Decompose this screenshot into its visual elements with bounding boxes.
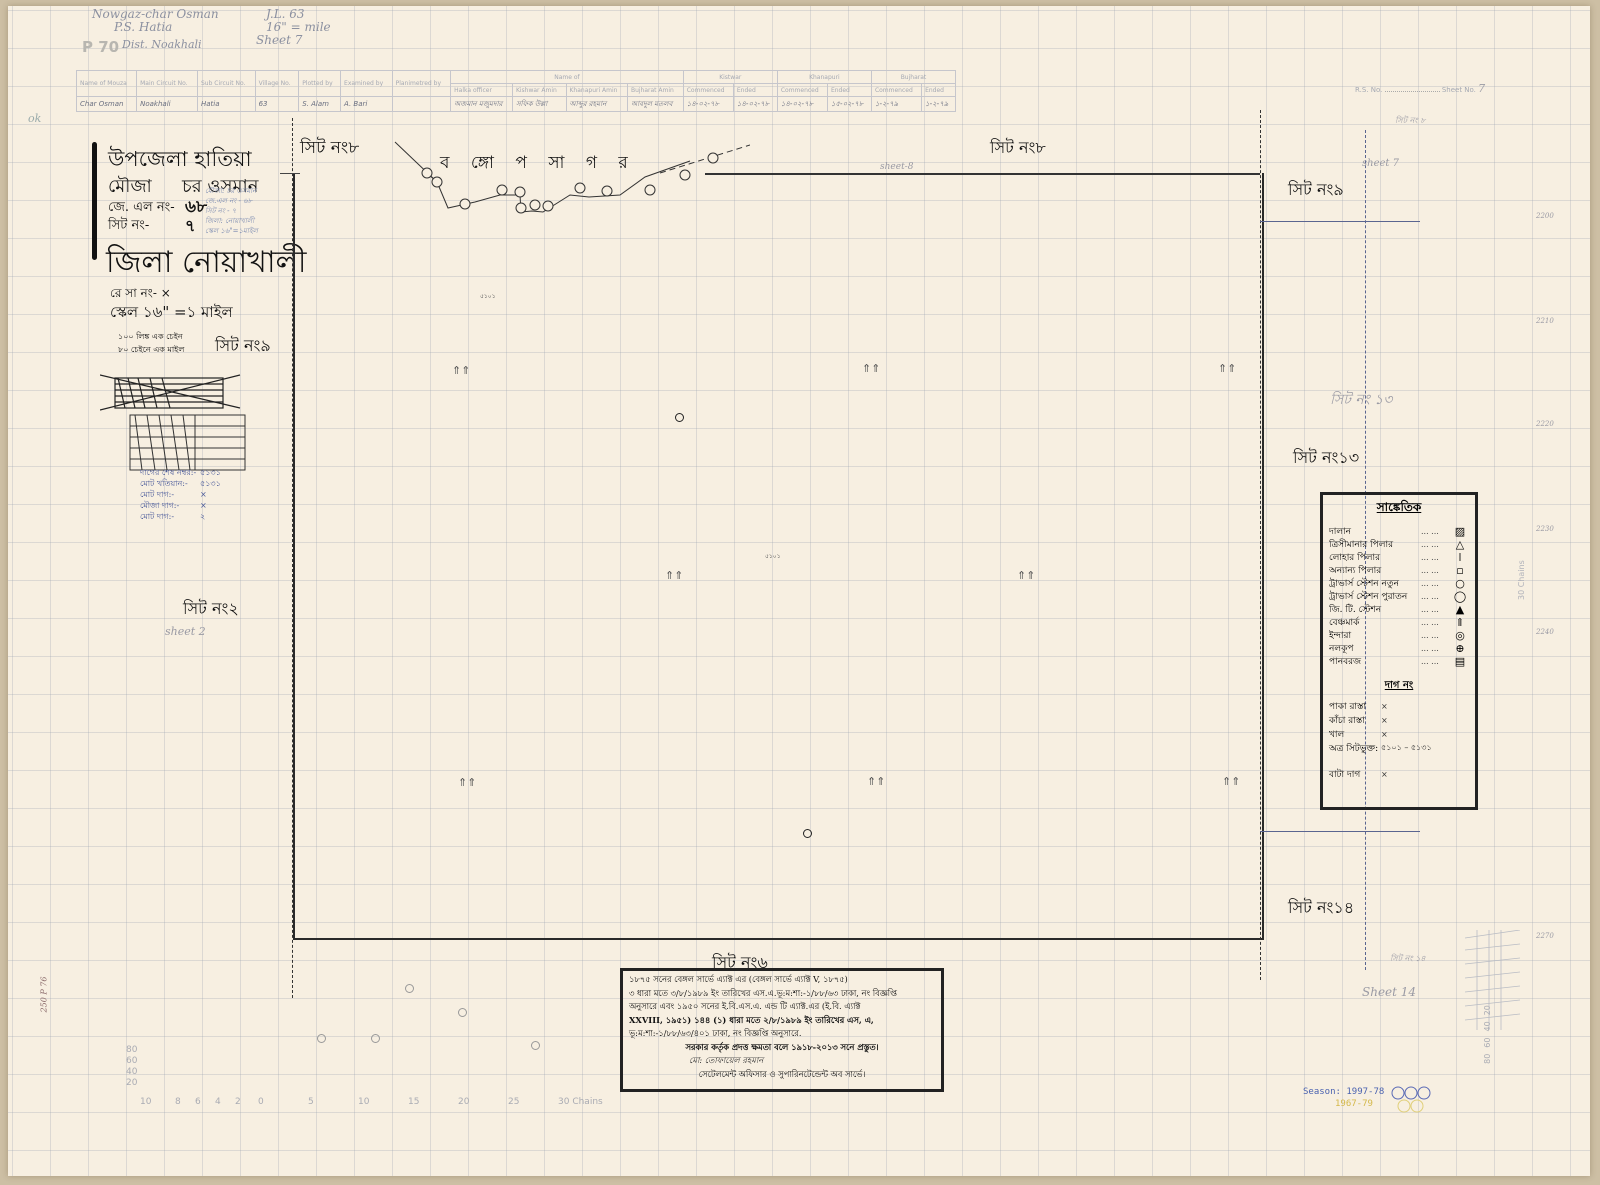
col-mouza: Name of Mouza xyxy=(77,71,137,97)
val-kistwar-ended: ১৪-০২-৭৮ xyxy=(733,97,777,112)
season-value: 1997-78 xyxy=(1346,1087,1384,1097)
col-commenced: Commenced xyxy=(683,84,733,97)
sheet-line-right xyxy=(1260,221,1420,222)
pencil-ps: P.S. Hatia xyxy=(92,21,219,34)
sheet-no-value: 7 xyxy=(1478,82,1485,95)
tree-icon: ⇑⇑ xyxy=(458,776,476,789)
sheet-label-right-bottom: সিট নং১৪ xyxy=(1288,895,1354,922)
dag-item: পাকা রাস্তা× xyxy=(1323,699,1475,713)
traverse-station-icon xyxy=(405,984,414,993)
pencil-note: জে.এল নং - ৬৮ xyxy=(205,196,258,206)
right-scale-label: 2270 xyxy=(1536,932,1554,940)
stat-row: মৌজা দাগ:-× xyxy=(140,500,221,511)
col-halka: Halka officer xyxy=(451,84,513,97)
val-main-circuit: Noakhali xyxy=(137,97,198,112)
pencil-sheet: Sheet 7 xyxy=(256,34,331,47)
sheet-label-right-mid: সিট নং১৩ xyxy=(1293,445,1359,472)
sheet-boundary-left xyxy=(292,118,293,998)
col-bujharat: Bujharat xyxy=(871,71,955,84)
val-bujharat-ended: ১-২-৭৯ xyxy=(922,97,956,112)
dag-item: অত্র সিটভুক্ত:৫১০১ – ৫১৩১ xyxy=(1323,741,1475,755)
col-plotted: Plotted by xyxy=(299,71,341,97)
trijunction-pillar-icon: △ xyxy=(1451,538,1469,551)
pencil-jl-block: J.L. 63 16" = mile Sheet 7 xyxy=(256,8,331,47)
traverse-station-icon xyxy=(803,829,812,838)
sheet-label-left-mid: সিট নং৯ xyxy=(215,333,271,360)
tree-icon: ⇑⇑ xyxy=(1218,362,1236,375)
scale-bn: স্কেল ১৬" =১ মাইল xyxy=(110,301,233,326)
pencil-sheet-2: sheet 2 xyxy=(165,625,206,638)
chain-note-1: ১০০ লিঙ্ক এক চেইন xyxy=(118,331,183,344)
authority-notice: ১৮৭৫ সনের বেঙ্গল সার্ভে এ্যাক্ট এর (বেঙ্… xyxy=(620,968,944,1092)
val-kistwar-commenced: ১৪-০২-৭৮ xyxy=(683,97,733,112)
boundary-tick xyxy=(280,173,300,174)
dag-item: বাটা দাগ× xyxy=(1323,767,1475,781)
notice-line: অনুসারে এবং ১৯৫০ সনের ই.বি.এস.এ. এন্ড টি… xyxy=(629,1000,935,1014)
pencil-sheet-14-bn: সিট নং ১৪ xyxy=(1390,953,1426,966)
tree-icon: ⇑⇑ xyxy=(452,364,470,377)
val-bujharat-amin: আবদুল মতলব xyxy=(627,97,683,112)
tree-icon: ⇑⇑ xyxy=(862,362,880,375)
pencil-sheet-8-bn: সিট নং ৮ xyxy=(1395,115,1425,128)
legend-title: সাঙ্কেতিক xyxy=(1323,499,1475,519)
sheet-no-label: Sheet No. xyxy=(1442,86,1476,94)
col-main-circuit: Main Circuit No. xyxy=(137,71,198,97)
pencil-note: স্কেল ১৬"=১মাইল xyxy=(205,226,258,236)
col-khanapuri-amin: Khanapuri Amin xyxy=(566,84,627,97)
title-bar xyxy=(92,142,97,260)
tubewell-icon: ⊕ xyxy=(1451,642,1469,655)
chain-note-2: ৮০ চেইনে এক মাইল xyxy=(118,344,184,357)
val-village: 63 xyxy=(255,97,299,112)
stat-row: মোট দাগ:-২ xyxy=(140,511,221,522)
pencil-ok: ok xyxy=(28,112,41,125)
sea-label: ব ঙ্গো প সা গ র xyxy=(440,150,636,178)
val-mouza: Char Osman xyxy=(77,97,137,112)
tree-icon: ⇑⇑ xyxy=(867,775,885,788)
traverse-station-icon xyxy=(531,1041,540,1050)
tree-icon: ⇑⇑ xyxy=(1017,569,1035,582)
stamp-p70: P 70 xyxy=(82,38,119,56)
right-scale-label: 2240 xyxy=(1536,628,1554,636)
benchmark-icon: ⇑ xyxy=(1451,616,1469,629)
sheet-no-value-bn: ৭ xyxy=(185,213,195,240)
plot-number: ৫১০১ xyxy=(480,291,496,302)
right-scale-label: 2220 xyxy=(1536,420,1554,428)
val-examined: A. Bari xyxy=(341,97,393,112)
tree-icon: ⇑⇑ xyxy=(665,569,683,582)
pencil-sheet-7: sheet 7 xyxy=(1362,158,1399,169)
col-ended: Ended xyxy=(827,84,871,97)
rs-sheet-no: R.S. No. Sheet No. 7 xyxy=(1355,82,1485,95)
betel-garden-icon: ▤ xyxy=(1451,655,1469,668)
val-kishwar-amin: সফিক উল্লা xyxy=(512,97,566,112)
pencil-note: সিট নং - ৭ xyxy=(205,206,258,216)
notice-prepared-line: সরকার কর্তৃক প্রদত্ত ক্ষমতা বলে ১৯১৮-২০১… xyxy=(629,1041,935,1055)
sheet-no-label-bn: সিট নং- xyxy=(108,216,149,237)
pencil-sheet-8: sheet-8 xyxy=(880,162,913,172)
pencil-sheet-13-bn: সিট নং ১৩ xyxy=(1330,388,1392,412)
pencil-district: Dist. Noakhali xyxy=(122,38,202,51)
gt-station-icon: ▲ xyxy=(1451,603,1469,616)
scale-stats: দাগের শেষ নম্বর:-৫১৩১ মোট খতিয়ান:-৫১৩১ … xyxy=(140,467,221,522)
well-icon: ◎ xyxy=(1451,629,1469,642)
stat-row: দাগের শেষ নম্বর:-৫১৩১ xyxy=(140,467,221,478)
pencil-sheet-14: Sheet 14 xyxy=(1362,985,1416,999)
col-ended: Ended xyxy=(733,84,777,97)
col-khanapuri: Khanapuri xyxy=(777,71,871,84)
traverse-station-icon xyxy=(317,1034,326,1043)
dag-item: খাল× xyxy=(1323,727,1475,741)
val-khanapuri-ended: ১৫-০২-৭৮ xyxy=(827,97,871,112)
dag-title: দাগ নং xyxy=(1323,678,1475,695)
right-scale-label: 2200 xyxy=(1536,212,1554,220)
notice-line: ১৮৭৫ সনের বেঙ্গল সার্ভে এ্যাক্ট এর (বেঙ্… xyxy=(629,973,935,987)
district-title: জিলা নোয়াখালী xyxy=(106,238,307,289)
val-sub-circuit: Hatia xyxy=(197,97,255,112)
season-label: Season: xyxy=(1303,1087,1341,1097)
notice-line: ভূ:ম:শা:-১/৮৮/৬৩/৪০১ ঢাকা, নং বিজ্ঞপ্তি … xyxy=(629,1027,935,1041)
diagonal-scale-diagram xyxy=(100,370,290,480)
season-stamp-2: 1967-79 xyxy=(1335,1099,1373,1109)
right-scale-label: 2210 xyxy=(1536,317,1554,325)
col-sub-circuit: Sub Circuit No. xyxy=(197,71,255,97)
stat-row: মোট দাগ:-× xyxy=(140,489,221,500)
col-ended: Ended xyxy=(922,84,956,97)
plot-number: ৫১০১ xyxy=(765,551,781,562)
bottom-side-ticks: 80 60 40 20 xyxy=(126,1045,137,1089)
signature: মো: তোফায়েল রহমান xyxy=(629,1054,935,1068)
pencil-note: জিলা: নোয়াখালী xyxy=(205,216,258,226)
col-commenced: Commenced xyxy=(871,84,921,97)
notice-line: XXVIII, ১৯৫১) ১৪৪ (১) ধারা মতে ২/৮/১৯৮৯ … xyxy=(629,1014,935,1028)
notice-line: ৩ ধারা মতে ৩/৮/১৯৮৯ ইং তারিখের এস.এ.ভূ:ম… xyxy=(629,987,935,1001)
legend-box: সাঙ্কেতিক দালান... ...▨ ত্রিসীমানার পিলা… xyxy=(1320,492,1478,810)
traverse-station-icon xyxy=(458,1008,467,1017)
col-bujharat-amin: Bujharat Amin xyxy=(627,84,683,97)
tree-icon: ⇑⇑ xyxy=(1222,775,1240,788)
header-table: Name of Mouza Main Circuit No. Sub Circu… xyxy=(76,70,956,112)
col-kistwar: Kistwar xyxy=(683,71,777,84)
margin-note-left: 250 P 76 xyxy=(39,977,48,1013)
col-name-of: Name of xyxy=(451,71,684,84)
new-traverse-station-icon: ○ xyxy=(1451,577,1469,590)
iron-pillar-icon: ǀ xyxy=(1451,551,1469,564)
boundary-top-line xyxy=(705,173,1260,175)
val-planimetred xyxy=(392,97,451,112)
sheet-label-left-bottom: সিট নং২ xyxy=(183,596,239,623)
col-kishwar-amin: Kishwar Amin xyxy=(512,84,566,97)
legend-item: পানবরজ... ...▤ xyxy=(1323,655,1475,668)
dag-item: কাঁচা রাস্তা× xyxy=(1323,713,1475,727)
sheet-line-right-2 xyxy=(1260,831,1420,832)
col-planimetred: Planimetred by xyxy=(392,71,451,97)
sheet-label-top-right: সিট নং৮ xyxy=(990,135,1046,162)
pencil-note: মৌজা: চর ওসমান xyxy=(205,186,258,196)
pencil-title-notes: মৌজা: চর ওসমান জে.এল নং - ৬৮ সিট নং - ৭ … xyxy=(205,186,258,236)
traverse-station-icon xyxy=(371,1034,380,1043)
val-bujharat-commenced: ১-২-৭৯ xyxy=(871,97,921,112)
rs-no-label: R.S. No. xyxy=(1355,86,1382,94)
old-traverse-station-icon: ◯ xyxy=(1451,590,1469,603)
sheet-boundary-right xyxy=(1260,110,1261,980)
notice-officer-title: সেটেলমেন্ট অফিসার ও সুপারিনটেন্ডেন্ট অব … xyxy=(629,1068,935,1082)
col-commenced: Commenced xyxy=(777,84,827,97)
right-scale-label: 2230 xyxy=(1536,525,1554,533)
val-khanapuri-commenced: ১৪-০২-৭৮ xyxy=(777,97,827,112)
sheet-label-right-top: সিট নং৯ xyxy=(1288,177,1344,204)
sheet-label-top-left: সিট নং৮ xyxy=(300,135,359,163)
col-examined: Examined by xyxy=(341,71,393,97)
season-circles xyxy=(1390,1086,1450,1116)
pencil-header: Nowgaz-char Osman P.S. Hatia xyxy=(92,8,219,34)
val-khanapuri-amin: আব্দুর রহমান xyxy=(566,97,627,112)
val-halka: অজমান মজুমদার xyxy=(451,97,513,112)
other-pillar-icon: ▫ xyxy=(1451,564,1469,577)
traverse-station-icon xyxy=(675,413,684,422)
right-chains-label: 30 Chains xyxy=(1517,560,1526,600)
building-icon: ▨ xyxy=(1451,525,1469,538)
stat-row: মোট খতিয়ান:-৫১৩১ xyxy=(140,478,221,489)
right-diagonal-scale xyxy=(1465,930,1520,1035)
val-plotted: S. Alam xyxy=(299,97,341,112)
col-village: Village No. xyxy=(255,71,299,97)
season-stamp: Season: 1997-78 xyxy=(1303,1087,1384,1097)
